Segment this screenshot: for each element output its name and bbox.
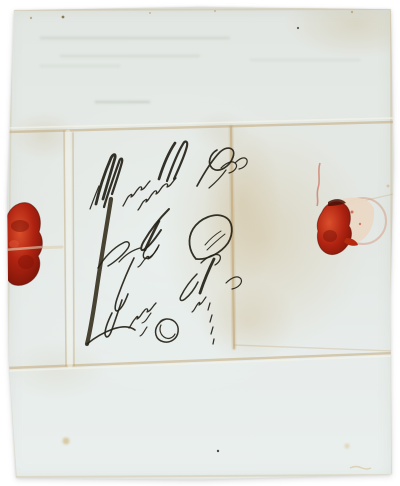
seal-impression-ghost [340, 198, 386, 244]
wax-seal-right [317, 163, 386, 255]
faint-pencil-mark [350, 467, 371, 470]
paper-streaks [40, 38, 360, 102]
letter-detail-layer [0, 0, 400, 486]
wax-seal-left [4, 203, 42, 286]
photo-background [0, 0, 400, 486]
foxing-specks [30, 10, 390, 469]
crease-horizontal-upper [8, 122, 393, 132]
crease-through-left-seal [2, 247, 62, 249]
seal-tail [344, 238, 358, 246]
crease-horizontal-lower [8, 353, 393, 368]
fold-creases [2, 118, 398, 371]
handwriting-address [87, 142, 247, 344]
crease-vertical-left [64, 131, 66, 366]
letter-photo [0, 0, 400, 486]
paper-edges [8, 9, 392, 477]
crease-vertical-right [231, 127, 234, 348]
paper-shading [0, 0, 400, 486]
torn-paper-patch [338, 198, 374, 243]
red-ink-trace [317, 163, 320, 206]
letter-sheet [0, 0, 400, 486]
